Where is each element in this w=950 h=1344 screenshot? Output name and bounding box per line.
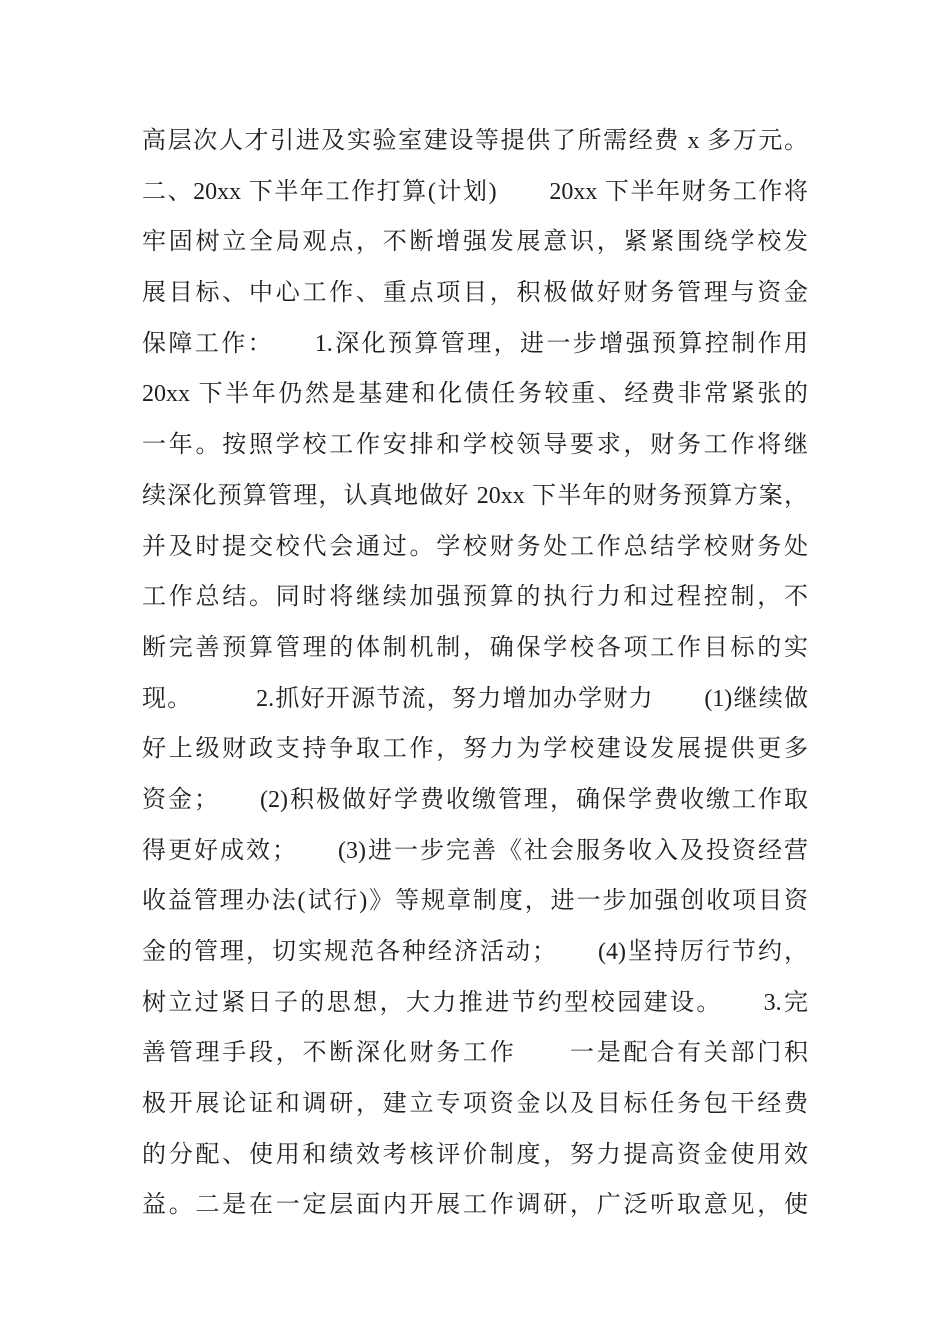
text-line: 保障工作： 1.深化预算管理，进一步增强预算控制作用	[142, 319, 808, 370]
text-line: 收益管理办法(试行)》等规章制度，进一步加强创收项目资	[142, 876, 808, 927]
text-line: 二、20xx 下半年工作打算(计划) 20xx 下半年财务工作将	[142, 167, 808, 218]
text-line: 一年。按照学校工作安排和学校领导要求，财务工作将继	[142, 420, 808, 471]
text-line: 高层次人才引进及实验室建设等提供了所需经费 x 多万元。	[142, 116, 808, 167]
text-line: 树立过紧日子的思想，大力推进节约型校园建设。 3.完	[142, 978, 808, 1029]
text-line: 工作总结。同时将继续加强预算的执行力和过程控制，不	[142, 572, 808, 623]
document-page: 高层次人才引进及实验室建设等提供了所需经费 x 多万元。二、20xx 下半年工作…	[0, 0, 950, 1344]
text-line: 的分配、使用和绩效考核评价制度，努力提高资金使用效	[142, 1130, 808, 1181]
text-line: 极开展论证和调研，建立专项资金以及目标任务包干经费	[142, 1079, 808, 1130]
text-line: 展目标、中心工作、重点项目，积极做好财务管理与资金	[142, 268, 808, 319]
text-line: 20xx 下半年仍然是基建和化债任务较重、经费非常紧张的	[142, 369, 808, 420]
text-line: 金的管理，切实规范各种经济活动； (4)坚持厉行节约，	[142, 927, 808, 978]
text-line: 善管理手段，不断深化财务工作 一是配合有关部门积	[142, 1028, 808, 1079]
text-line: 牢固树立全局观点，不断增强发展意识，紧紧围绕学校发	[142, 217, 808, 268]
text-line: 并及时提交校代会通过。学校财务处工作总结学校财务处	[142, 522, 808, 573]
text-line: 得更好成效； (3)进一步完善《社会服务收入及投资经营	[142, 826, 808, 877]
document-text-block: 高层次人才引进及实验室建设等提供了所需经费 x 多万元。二、20xx 下半年工作…	[142, 116, 808, 1231]
text-line: 断完善预算管理的体制机制，确保学校各项工作目标的实	[142, 623, 808, 674]
text-line: 现。 2.抓好开源节流，努力增加办学财力 (1)继续做	[142, 674, 808, 725]
text-line: 续深化预算管理，认真地做好 20xx 下半年的财务预算方案，	[142, 471, 808, 522]
text-line: 好上级财政支持争取工作，努力为学校建设发展提供更多	[142, 724, 808, 775]
text-line: 益。二是在一定层面内开展工作调研，广泛听取意见，使	[142, 1180, 808, 1231]
text-line: 资金； (2)积极做好学费收缴管理，确保学费收缴工作取	[142, 775, 808, 826]
